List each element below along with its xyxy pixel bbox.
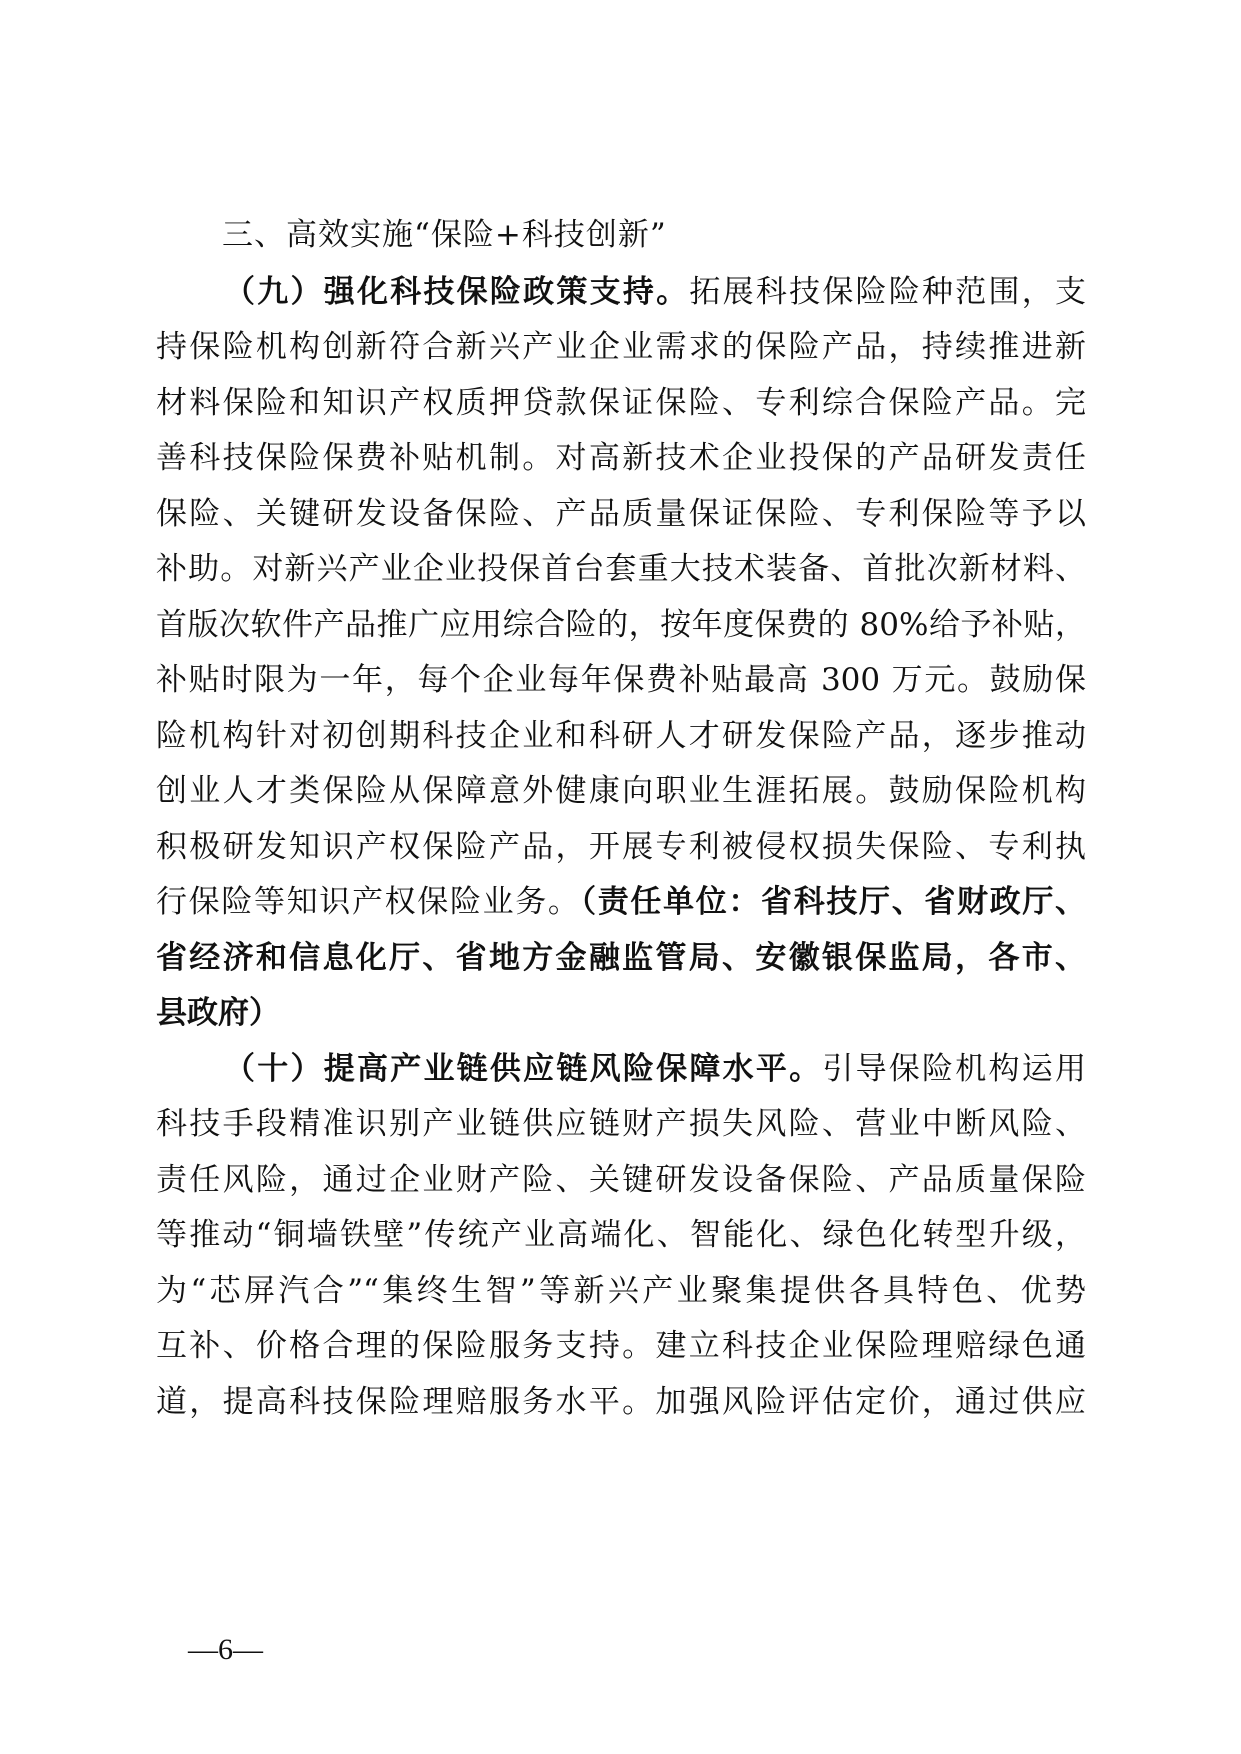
- paragraph-line: 善科技保险保费补贴机制。对高新技术企业投保的产品研发责任: [156, 438, 1086, 478]
- paragraph-line: 材料保险和知识产权质押贷款保证保险、专利综合保险产品。完: [156, 383, 1086, 423]
- paragraph-line: （九）强化科技保险政策支持。拓展科技保险险种范围，支: [224, 272, 1086, 312]
- paragraph-line: 科技手段精准识别产业链供应链财产损失风险、营业中断风险、: [156, 1104, 1086, 1144]
- paragraph-line: 补贴时限为一年，每个企业每年保费补贴最高 300 万元。鼓励保: [156, 660, 1086, 700]
- paragraph-line: 持保险机构创新符合新兴产业企业需求的保险产品，持续推进新: [156, 327, 1086, 367]
- paragraph-line: 首版次软件产品推广应用综合险的，按年度保费的 80%给予补贴，: [156, 605, 1086, 645]
- paragraph-line: 等推动“铜墙铁壁”传统产业高端化、智能化、绿色化转型升级，: [156, 1215, 1086, 1255]
- document-page: 三、高效实施“保险+科技创新” （九）强化科技保险政策支持。拓展科技保险险种范围…: [0, 0, 1241, 1754]
- responsibility-units: 县政府）: [156, 993, 1086, 1033]
- paragraph-line: 积极研发知识产权保险产品，开展专利被侵权损失保险、专利执: [156, 827, 1086, 867]
- paragraph-line: 行保险等知识产权保险业务。（责任单位：省科技厅、省财政厅、: [156, 882, 1086, 922]
- paragraph-line: 险机构针对初创期科技企业和科研人才研发保险产品，逐步推动: [156, 716, 1086, 756]
- item-title: （九）强化科技保险政策支持。: [224, 274, 689, 310]
- section-heading: 三、高效实施“保险+科技创新”: [222, 215, 667, 255]
- item-title: （十）提高产业链供应链风险保障水平。: [224, 1051, 822, 1087]
- paragraph-line: 为“芯屏汽合”“集终生智”等新兴产业聚集提供各具特色、优势: [156, 1271, 1086, 1311]
- line-text: 行保险等知识产权保险业务。: [156, 884, 581, 920]
- responsibility-units: （责任单位：省科技厅、省财政厅、: [581, 884, 1086, 920]
- paragraph-line: （十）提高产业链供应链风险保障水平。引导保险机构运用: [224, 1049, 1086, 1089]
- paragraph-line: 互补、价格合理的保险服务支持。建立科技企业保险理赔绿色通: [156, 1326, 1086, 1366]
- line-text: 拓展科技保险险种范围，支: [689, 274, 1086, 310]
- responsibility-units: 省经济和信息化厅、省地方金融监管局、安徽银保监局，各市、: [156, 938, 1086, 978]
- paragraph-line: 道，提高科技保险理赔服务水平。加强风险评估定价，通过供应: [156, 1382, 1086, 1422]
- paragraph-line: 创业人才类保险从保障意外健康向职业生涯拓展。鼓励保险机构: [156, 771, 1086, 811]
- paragraph-line: 保险、关键研发设备保险、产品质量保证保险、专利保险等予以: [156, 494, 1086, 534]
- line-text: 引导保险机构运用: [822, 1051, 1086, 1087]
- paragraph-line: 责任风险，通过企业财产险、关键研发设备保险、产品质量保险: [156, 1160, 1086, 1200]
- page-number: —6—: [188, 1632, 263, 1668]
- paragraph-line: 补助。对新兴产业企业投保首台套重大技术装备、首批次新材料、: [156, 549, 1086, 589]
